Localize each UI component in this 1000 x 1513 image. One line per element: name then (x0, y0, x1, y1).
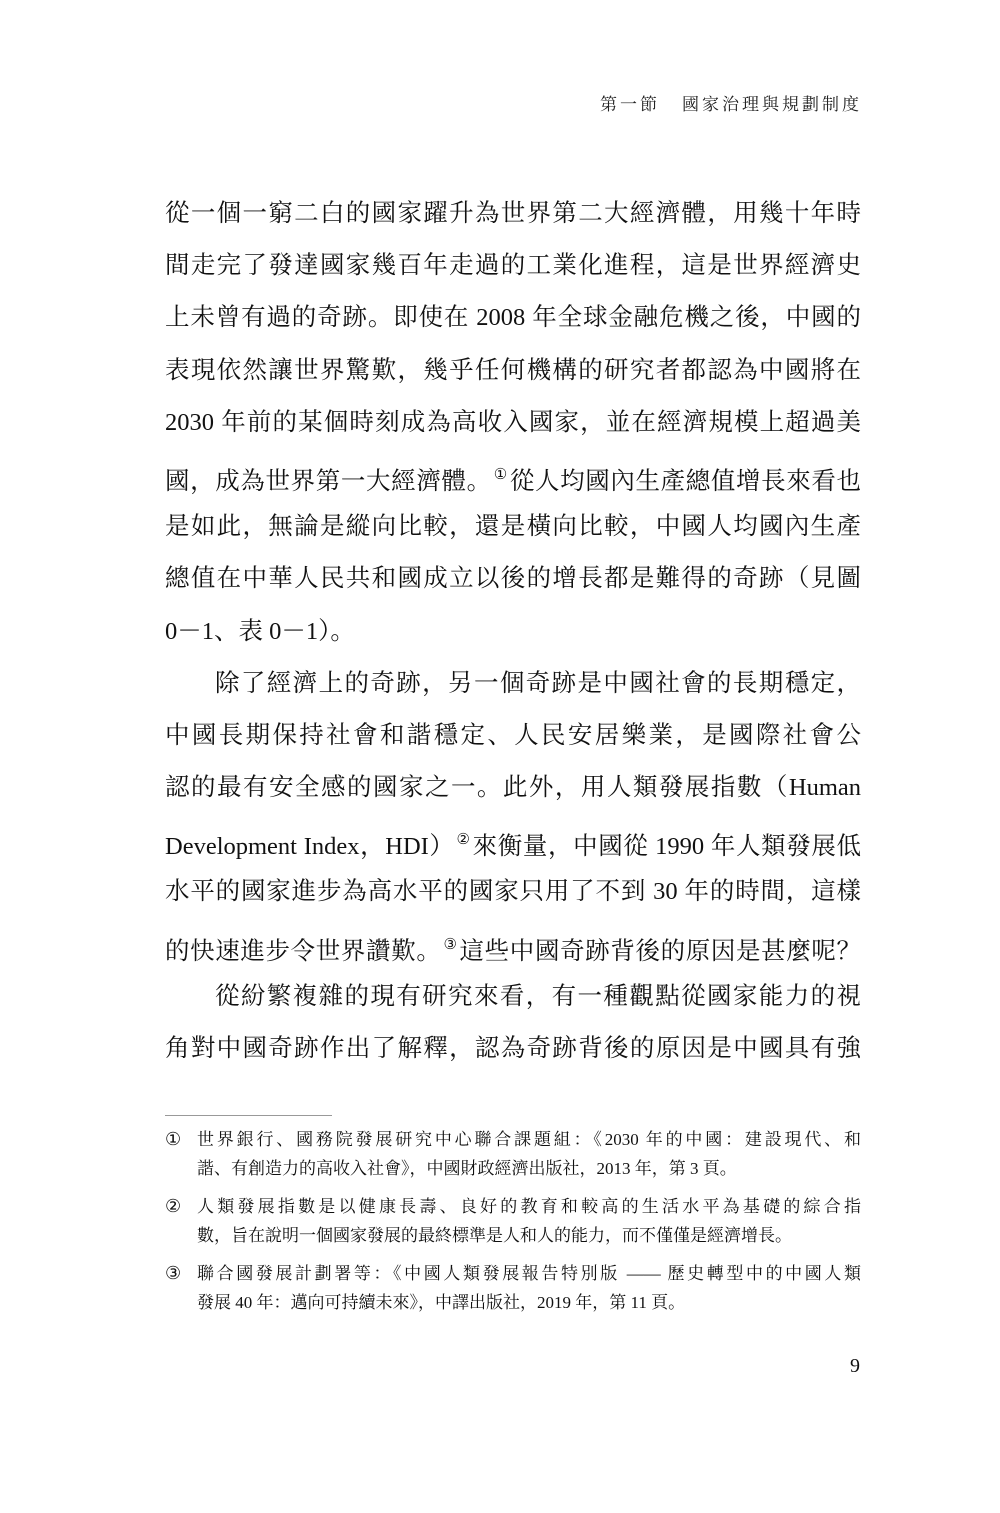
paragraph-line: 間走完了發達國家幾百年走過的工業化進程，這是世界經濟史 (165, 244, 861, 296)
paragraph-line: 水平的國家進步為高水平的國家只用了不到 30 年的時間，這樣 (165, 870, 861, 922)
line-text: 這些中國奇跡背後的原因是甚麼呢？ (460, 938, 861, 965)
paragraph-line: 的快速進步令世界讚歎。③這些中國奇跡背後的原因是甚麼呢？ (165, 923, 861, 975)
paragraph-line: 從一個一窮二白的國家躍升為世界第二大經濟體，用幾十年時 (165, 192, 861, 244)
line-text: 來衡量，中國從 1990 年人類發展低 (473, 833, 861, 860)
paragraph-line: 上未曾有過的奇跡。即使在 2008 年全球金融危機之後，中國的 (165, 296, 861, 348)
footnote-2: ② 人類發展指數是以健康長壽、良好的教育和較高的生活水平為基礎的綜合指 數，旨在… (165, 1192, 861, 1250)
footnote-marker: ② (165, 1192, 181, 1221)
paragraph-line: 2030 年前的某個時刻成為高收入國家，並在經濟規模上超過美 (165, 401, 861, 453)
section-number: 第一節 (600, 95, 660, 114)
paragraph-line: 是如此，無論是縱向比較，還是橫向比較，中國人均國內生產 (165, 505, 861, 557)
paragraph-line: 除了經濟上的奇跡，另一個奇跡是中國社會的長期穩定， (165, 662, 861, 714)
footnote-line: 諧、有創造力的高收入社會》，中國財政經濟出版社，2013 年，第 3 頁。 (197, 1154, 861, 1183)
paragraph-line: Development Index，HDI）②來衡量，中國從 1990 年人類發… (165, 818, 861, 870)
line-text: 從人均國內生產總值增長來看也 (510, 468, 861, 495)
paragraph-line: 角對中國奇跡作出了解釋，認為奇跡背後的原因是中國具有強 (165, 1027, 861, 1079)
paragraph-line: 國，成為世界第一大經濟體。①從人均國內生產總值增長來看也 (165, 453, 861, 505)
footnote-ref-3[interactable]: ③ (443, 937, 457, 953)
footnote-line: 數，旨在說明一個國家發展的最終標準是人和人的能力，而不僅僅是經濟增長。 (197, 1221, 861, 1250)
footnote-line: 聯合國發展計劃署等：《中國人類發展報告特別版 —— 歷史轉型中的中國人類 (197, 1259, 861, 1288)
paragraph-line: 認的最有安全感的國家之一。此外，用人類發展指數（Human (165, 766, 861, 818)
paragraph-line: 0－1、表 0－1）。 (165, 610, 861, 662)
paragraph-line: 中國長期保持社會和諧穩定、人民安居樂業，是國際社會公 (165, 714, 861, 766)
footnotes: ① 世界銀行、國務院發展研究中心聯合課題組：《2030 年的中國：建設現代、和 … (165, 1125, 861, 1326)
footnote-1: ① 世界銀行、國務院發展研究中心聯合課題組：《2030 年的中國：建設現代、和 … (165, 1125, 861, 1183)
section-title: 國家治理與規劃制度 (682, 95, 862, 114)
footnote-marker: ③ (165, 1259, 181, 1288)
paragraph-line: 從紛繁複雜的現有研究來看，有一種觀點從國家能力的視 (165, 975, 861, 1027)
body-text: 從一個一窮二白的國家躍升為世界第二大經濟體，用幾十年時 間走完了發達國家幾百年走… (165, 192, 861, 1079)
paragraph-line: 總值在中華人民共和國成立以後的增長都是難得的奇跡（見圖 (165, 557, 861, 609)
footnote-line: 人類發展指數是以健康長壽、良好的教育和較高的生活水平為基礎的綜合指 (197, 1192, 861, 1221)
footnote-divider (165, 1115, 332, 1116)
line-text: Development Index，HDI） (165, 833, 455, 860)
footnote-ref-2[interactable]: ② (457, 832, 471, 848)
footnote-line: 發展 40 年：邁向可持續未來》，中譯出版社，2019 年，第 11 頁。 (197, 1288, 861, 1317)
footnote-marker: ① (165, 1125, 181, 1154)
line-text: 國，成為世界第一大經濟體。 (165, 468, 492, 495)
paragraph-line: 表現依然讓世界驚歎，幾乎任何機構的研究者都認為中國將在 (165, 349, 861, 401)
line-text: 的快速進步令世界讚歎。 (165, 938, 441, 965)
running-header: 第一節國家治理與規劃制度 (600, 90, 862, 115)
page-number: 9 (850, 1355, 860, 1378)
footnote-line: 世界銀行、國務院發展研究中心聯合課題組：《2030 年的中國：建設現代、和 (197, 1125, 861, 1154)
footnote-ref-1[interactable]: ① (494, 467, 508, 483)
footnote-3: ③ 聯合國發展計劃署等：《中國人類發展報告特別版 —— 歷史轉型中的中國人類 發… (165, 1259, 861, 1317)
